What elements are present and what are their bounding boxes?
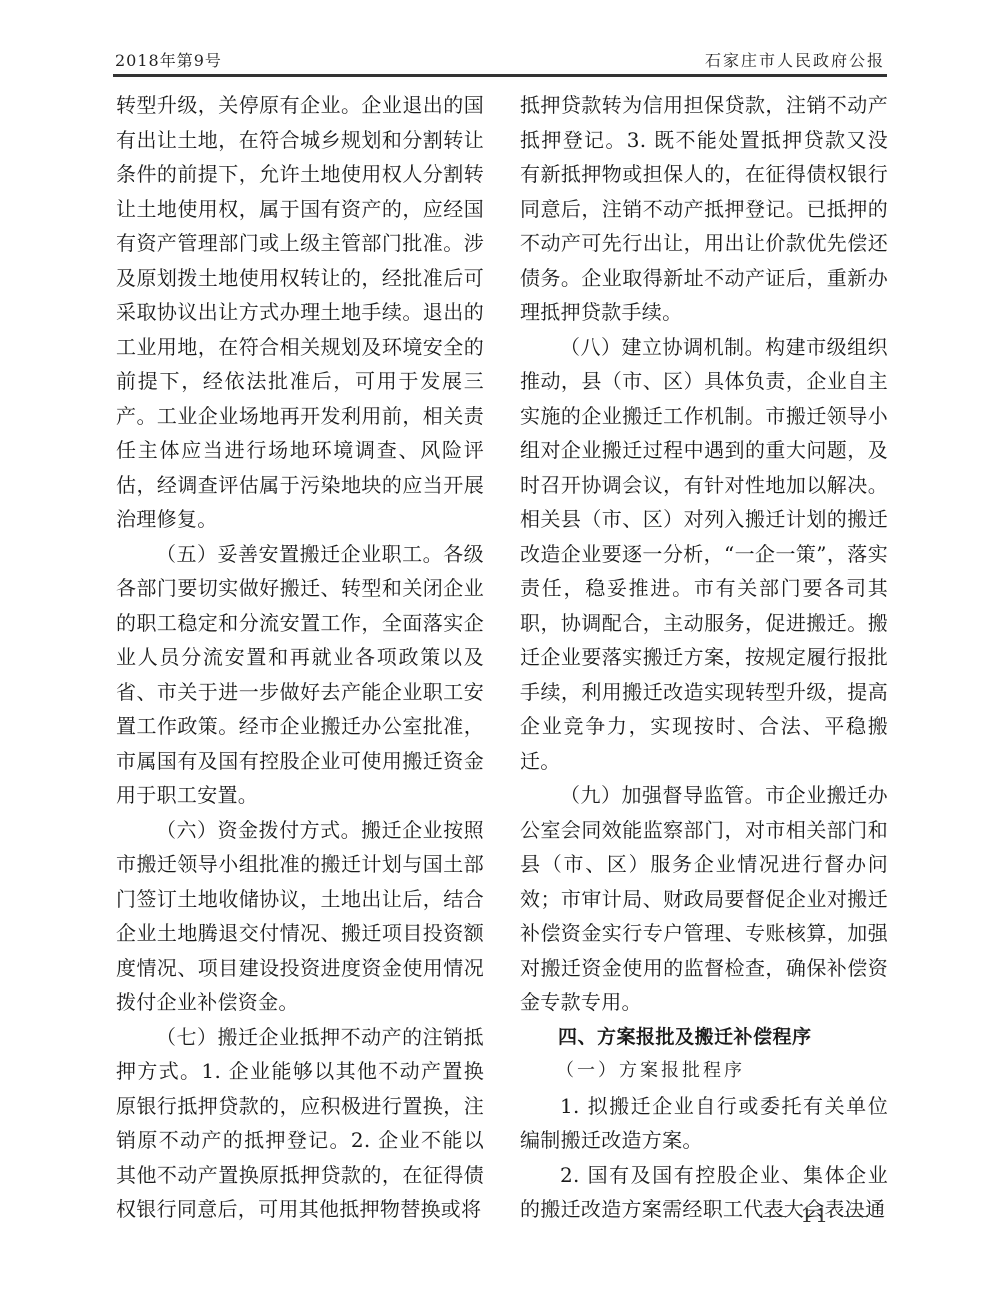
page-footer: 11 — [749, 1203, 882, 1227]
page-number: 11 — [801, 1203, 830, 1227]
paragraph-section-6: （六）资金拨付方式。搬迁企业按照市搬迁领导小组批准的搬迁计划与国土部门签订土地收… — [116, 813, 484, 1020]
subsection-heading: （一）方案报批程序 — [520, 1054, 888, 1089]
paragraph-section-8: （八）建立协调机制。构建市级组织推动，县（市、区）具体负责，企业自主实施的企业搬… — [520, 330, 888, 779]
publication-title: 石家庄市人民政府公报 — [705, 48, 885, 71]
left-column: 转型升级，关停原有企业。企业退出的国有出让土地，在符合城乡规划和分割转让条件的前… — [116, 88, 484, 1227]
dash-decoration — [844, 1216, 868, 1217]
paragraph-section-7: （七）搬迁企业抵押不动产的注销抵押方式。1. 企业能够以其他不动产置换原银行抵押… — [116, 1020, 484, 1227]
paragraph-continued: 转型升级，关停原有企业。企业退出的国有出让土地，在符合城乡规划和分割转让条件的前… — [116, 88, 484, 537]
page-header: 2018年第9号 石家庄市人民政府公报 — [113, 44, 887, 77]
dash-decoration — [763, 1216, 787, 1217]
paragraph-section-9: （九）加强督导监管。市企业搬迁办公室会同效能监察部门，对市相关部门和县（市、区）… — [520, 778, 888, 1020]
paragraph-section-5: （五）妥善安置搬迁企业职工。各级各部门要切实做好搬迁、转型和关闭企业的职工稳定和… — [116, 537, 484, 813]
issue-label: 2018年第9号 — [115, 48, 222, 71]
section-heading: 四、方案报批及搬迁补偿程序 — [520, 1020, 888, 1055]
paragraph-continued: 抵押贷款转为信用担保贷款，注销不动产抵押登记。3. 既不能处置抵押贷款又没有新抵… — [520, 88, 888, 330]
right-column: 抵押贷款转为信用担保贷款，注销不动产抵押登记。3. 既不能处置抵押贷款又没有新抵… — [520, 88, 888, 1227]
list-item: 1. 拟搬迁企业自行或委托有关单位编制搬迁改造方案。 — [520, 1089, 888, 1158]
